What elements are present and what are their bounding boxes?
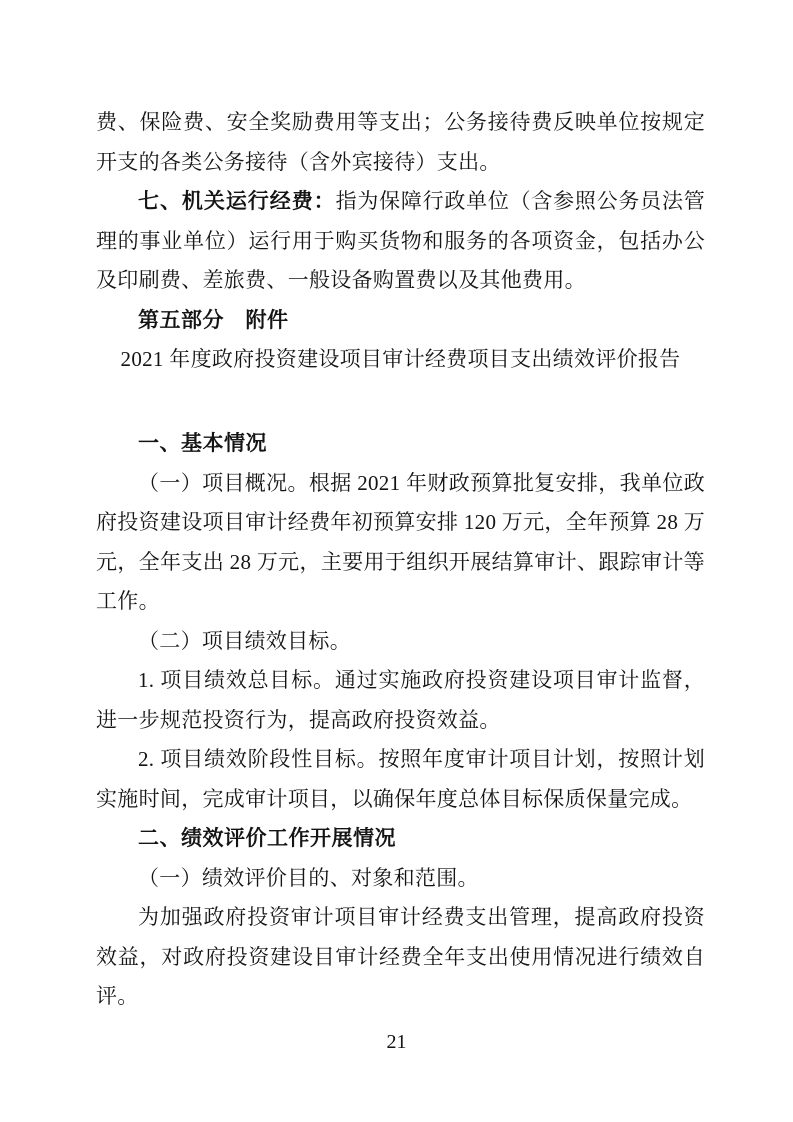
paragraph: 费、保险费、安全奖励费用等支出；公务接待费反映单位按规定开支的各类公务接待（含外… bbox=[96, 103, 705, 182]
document-body: 费、保险费、安全奖励费用等支出；公务接待费反映单位按规定开支的各类公务接待（含外… bbox=[96, 103, 705, 1017]
section-heading: 二、绩效评价工作开展情况 bbox=[96, 819, 705, 859]
paragraph: （二）项目绩效目标。 bbox=[96, 622, 705, 662]
section-heading: 一、基本情况 bbox=[96, 424, 705, 464]
paragraph: 1. 项目绩效总目标。通过实施政府投资建设项目审计监督，进一步规范投资行为，提高… bbox=[96, 661, 705, 740]
paragraph: 七、机关运行经费：指为保障行政单位（含参照公务员法管理的事业单位）运行用于购买货… bbox=[96, 182, 705, 301]
paragraph: 2. 项目绩效阶段性目标。按照年度审计项目计划，按照计划实施时间，完成审计项目，… bbox=[96, 740, 705, 819]
vertical-spacer bbox=[96, 380, 705, 425]
section-heading: 第五部分 附件 bbox=[96, 301, 705, 341]
page-number: 21 bbox=[0, 1031, 793, 1054]
paragraph: 为加强政府投资审计项目审计经费支出管理，提高政府投资效益，对政府投资建设目审计经… bbox=[96, 898, 705, 1017]
document-page: 费、保险费、安全奖励费用等支出；公务接待费反映单位按规定开支的各类公务接待（含外… bbox=[0, 0, 793, 1122]
report-title: 2021 年度政府投资建设项目审计经费项目支出绩效评价报告 bbox=[96, 340, 705, 380]
paragraph-bold-lead: 七、机关运行经费： bbox=[138, 190, 336, 213]
paragraph: （一）绩效评价目的、对象和范围。 bbox=[96, 859, 705, 899]
paragraph: （一）项目概况。根据 2021 年财政预算批复安排，我单位政府投资建设项目审计经… bbox=[96, 464, 705, 622]
